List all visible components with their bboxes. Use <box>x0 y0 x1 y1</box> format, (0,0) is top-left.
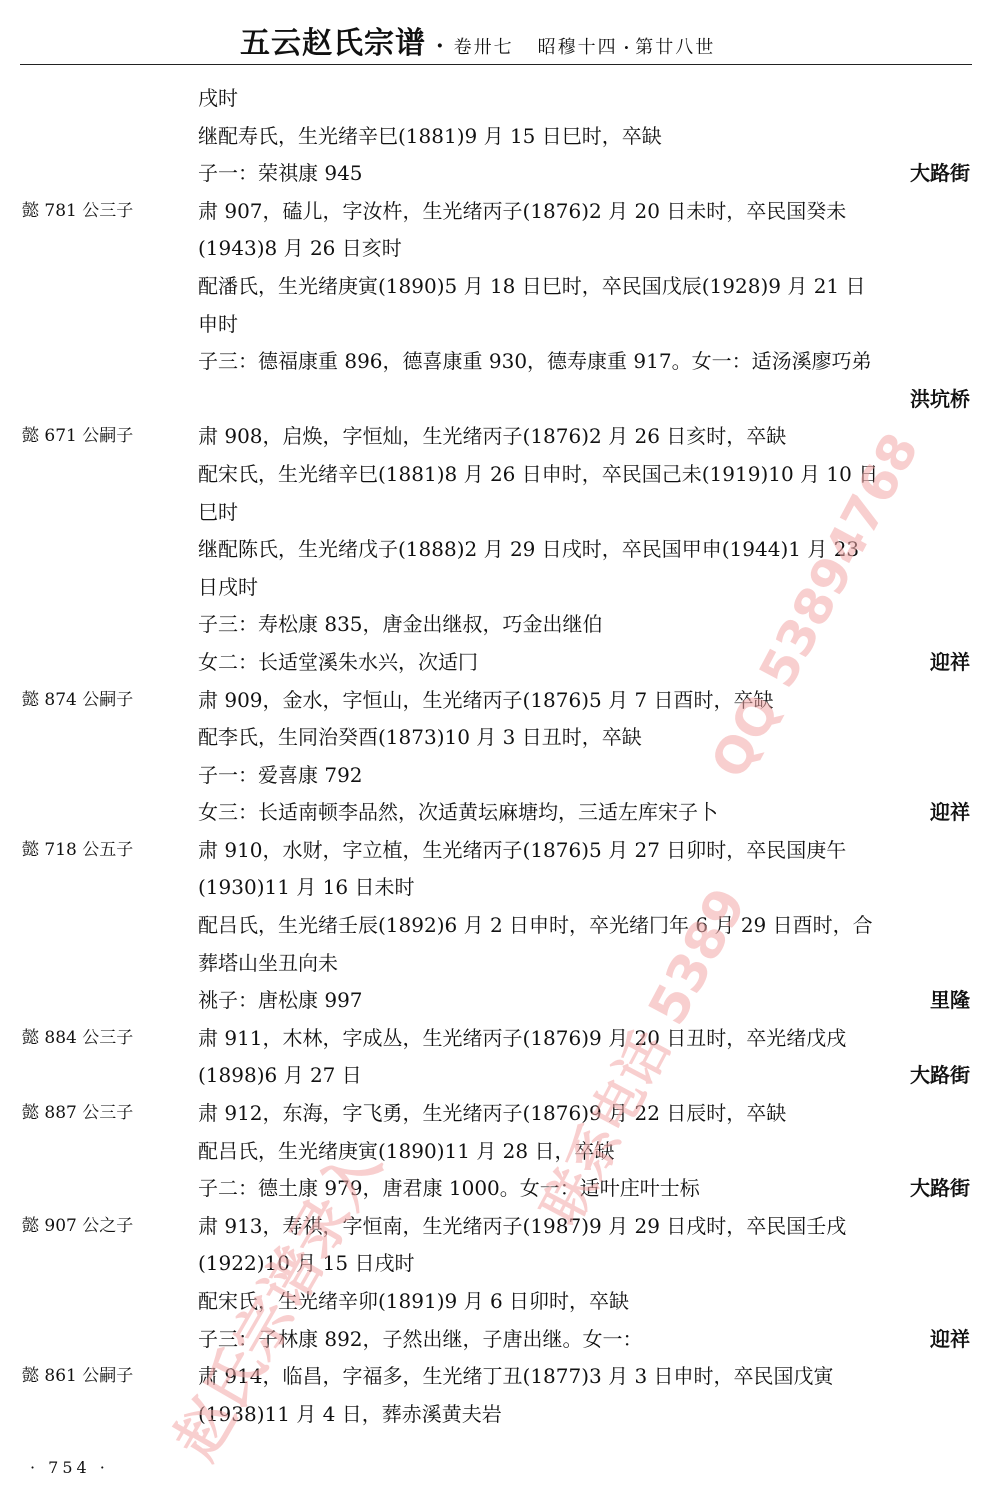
entry-line: 配吕氏，生光绪庚寅(1890)11 月 28 日，卒缺 <box>0 1133 992 1171</box>
entry-text: 子一：荣祺康 945 <box>198 155 363 193</box>
residence-place: 洪坑桥 <box>910 381 970 419</box>
entry-text: 继配陈氏，生光绪戊子(1888)2 月 29 日戌时，卒民国甲申(1944)1 … <box>198 531 859 569</box>
entry-text: 配吕氏，生光绪庚寅(1890)11 月 28 日，卒缺 <box>198 1133 614 1171</box>
entry-line: 懿 884 公三子肃 911，木林，字成丛，生光绪丙子(1876)9 月 20 … <box>0 1020 992 1058</box>
lineage-reference: 懿 884 公三子 <box>22 1020 133 1058</box>
entry-line: 懿 874 公嗣子肃 909，金水，字恒山，生光绪丙子(1876)5 月 7 日… <box>0 682 992 720</box>
entry-line: 配吕氏，生光绪壬辰(1892)6 月 2 日申时，卒光绪冂年 6 月 29 日酉… <box>0 907 992 945</box>
residence-place: 迎祥 <box>930 644 970 682</box>
entry-text: 肃 909，金水，字恒山，生光绪丙子(1876)5 月 7 日酉时，卒缺 <box>198 682 774 720</box>
entry-line: (1898)6 月 27 日大路街 <box>0 1057 992 1095</box>
residence-place: 大路街 <box>910 1057 970 1095</box>
residence-place: 迎祥 <box>930 794 970 832</box>
entry-line: 懿 907 公之子肃 913，寿祺，字恒南，生光绪丙子(1987)9 月 29 … <box>0 1208 992 1246</box>
lineage-reference: 懿 874 公嗣子 <box>22 682 133 720</box>
title-separator: · <box>436 33 444 59</box>
entry-line: 懿 781 公三子肃 907，磕儿，字汝杵，生光绪丙子(1876)2 月 20 … <box>0 193 992 231</box>
volume-label: 卷卅七 <box>454 33 514 59</box>
entry-text: 子三：德福康重 896，德喜康重 930，德寿康重 917。女一：适汤溪廖巧弟 <box>198 343 872 381</box>
entry-text: 日戌时 <box>198 569 258 607</box>
entry-line: 女二：长适堂溪朱水兴，次适冂迎祥 <box>0 644 992 682</box>
entry-line: 日戌时 <box>0 569 992 607</box>
entry-text: 子一：爱喜康 792 <box>198 757 363 795</box>
entry-text: 肃 912，东海，字飞勇，生光绪丙子(1876)9 月 22 日辰时，卒缺 <box>198 1095 786 1133</box>
entry-line: 配宋氏，生光绪辛巳(1881)8 月 26 日申时，卒民国己未(1919)10 … <box>0 456 992 494</box>
entry-text: (1943)8 月 26 日亥时 <box>198 230 402 268</box>
entry-line: (1943)8 月 26 日亥时 <box>0 230 992 268</box>
entry-line: 懿 861 公嗣子肃 914，临昌，字福多，生光绪丁丑(1877)3 月 3 日… <box>0 1358 992 1396</box>
entry-text: 肃 910，水财，字立植，生光绪丙子(1876)5 月 27 日卯时，卒民国庚午 <box>198 832 846 870</box>
lineage-reference: 懿 781 公三子 <box>22 193 133 231</box>
entry-line: 懿 671 公嗣子肃 908，启焕，字恒灿，生光绪丙子(1876)2 月 26 … <box>0 418 992 456</box>
entry-text: 戌时 <box>198 80 238 118</box>
entry-text: 子三：子林康 892，子然出继，子唐出继。女一： <box>198 1321 643 1359</box>
entry-line: 戌时 <box>0 80 992 118</box>
entry-line: 继配陈氏，生光绪戊子(1888)2 月 29 日戌时，卒民国甲申(1944)1 … <box>0 531 992 569</box>
entry-line: 洪坑桥 <box>0 381 992 419</box>
entry-text: 申时 <box>198 306 238 344</box>
entry-text: 葬塔山坐丑向未 <box>198 945 338 983</box>
entry-line: 巳时 <box>0 494 992 532</box>
entry-text: 配吕氏，生光绪壬辰(1892)6 月 2 日申时，卒光绪冂年 6 月 29 日酉… <box>198 907 873 945</box>
lineage-reference: 懿 887 公三子 <box>22 1095 133 1133</box>
entry-text: 配李氏，生同治癸酉(1873)10 月 3 日丑时，卒缺 <box>198 719 642 757</box>
entry-text: (1898)6 月 27 日 <box>198 1057 362 1095</box>
residence-place: 里隆 <box>930 982 970 1020</box>
residence-place: 迎祥 <box>930 1321 970 1359</box>
entry-text: 配宋氏，生光绪辛巳(1881)8 月 26 日申时，卒民国己未(1919)10 … <box>198 456 878 494</box>
genealogy-entries: 戌时继配寿氏，生光绪辛巳(1881)9 月 15 日巳时，卒缺子一：荣祺康 94… <box>0 80 992 1433</box>
entry-text: 配宋氏，生光绪辛卯(1891)9 月 6 日卯时，卒缺 <box>198 1283 629 1321</box>
entry-text: 女三：长适南顿李品然，次适黄坛麻塘均，三适左库宋子卜 <box>198 794 718 832</box>
entry-text: 女二：长适堂溪朱水兴，次适冂 <box>198 644 478 682</box>
entry-line: 申时 <box>0 306 992 344</box>
header-rule <box>20 64 972 65</box>
entry-line: 祧子：唐松康 997里隆 <box>0 982 992 1020</box>
entry-text: 肃 911，木林，字成丛，生光绪丙子(1876)9 月 20 日丑时，卒光绪戊戌 <box>198 1020 846 1058</box>
entry-line: 葬塔山坐丑向未 <box>0 945 992 983</box>
entry-text: 祧子：唐松康 997 <box>198 982 363 1020</box>
entry-line: 女三：长适南顿李品然，次适黄坛麻塘均，三适左库宋子卜迎祥 <box>0 794 992 832</box>
entry-text: (1922)10 月 15 日戌时 <box>198 1245 414 1283</box>
entry-text: (1938)11 月 4 日，葬赤溪黄夫岩 <box>198 1396 502 1434</box>
entry-text: (1930)11 月 16 日未时 <box>198 869 414 907</box>
entry-text: 肃 914，临昌，字福多，生光绪丁丑(1877)3 月 3 日申时，卒民国戊寅 <box>198 1358 834 1396</box>
entry-line: 继配寿氏，生光绪辛巳(1881)9 月 15 日巳时，卒缺 <box>0 118 992 156</box>
page-header: 五云赵氏宗谱 · 卷卅七 昭穆十四 · 第廿八世 <box>0 0 992 64</box>
entry-text: 肃 908，启焕，字恒灿，生光绪丙子(1876)2 月 26 日亥时，卒缺 <box>198 418 786 456</box>
residence-place: 大路街 <box>910 155 970 193</box>
entry-text: 巳时 <box>198 494 238 532</box>
entry-line: 配李氏，生同治癸酉(1873)10 月 3 日丑时，卒缺 <box>0 719 992 757</box>
entry-line: 子三：子林康 892，子然出继，子唐出继。女一：迎祥 <box>0 1321 992 1359</box>
entry-line: 配宋氏，生光绪辛卯(1891)9 月 6 日卯时，卒缺 <box>0 1283 992 1321</box>
entry-text: 肃 907，磕儿，字汝杵，生光绪丙子(1876)2 月 20 日未时，卒民国癸未 <box>198 193 846 231</box>
entry-line: 子三：寿松康 835，唐金出继叔，巧金出继伯 <box>0 606 992 644</box>
entry-line: 配潘氏，生光绪庚寅(1890)5 月 18 日巳时，卒民国戊辰(1928)9 月… <box>0 268 992 306</box>
residence-place: 大路街 <box>910 1170 970 1208</box>
entry-line: (1930)11 月 16 日未时 <box>0 869 992 907</box>
entry-text: 子三：寿松康 835，唐金出继叔，巧金出继伯 <box>198 606 603 644</box>
entry-line: 子二：德土康 979，唐君康 1000。女一：适叶庄叶士标大路街 <box>0 1170 992 1208</box>
book-title: 五云赵氏宗谱 <box>240 18 426 62</box>
entry-text: 肃 913，寿祺，字恒南，生光绪丙子(1987)9 月 29 日戌时，卒民国壬戌 <box>198 1208 846 1246</box>
entry-text: 子二：德土康 979，唐君康 1000。女一：适叶庄叶士标 <box>198 1170 700 1208</box>
entry-line: (1938)11 月 4 日，葬赤溪黄夫岩 <box>0 1396 992 1434</box>
entry-line: 懿 887 公三子肃 912，东海，字飞勇，生光绪丙子(1876)9 月 22 … <box>0 1095 992 1133</box>
lineage-reference: 懿 861 公嗣子 <box>22 1358 133 1396</box>
generation-label: 昭穆十四 <box>538 33 618 59</box>
entry-text: 配潘氏，生光绪庚寅(1890)5 月 18 日巳时，卒民国戊辰(1928)9 月… <box>198 268 866 306</box>
entry-line: 子一：爱喜康 792 <box>0 757 992 795</box>
entry-line: (1922)10 月 15 日戌时 <box>0 1245 992 1283</box>
page-number: · 754 · <box>30 1458 109 1477</box>
generation-number: 第廿八世 <box>635 33 715 59</box>
entry-line: 子一：荣祺康 945大路街 <box>0 155 992 193</box>
lineage-reference: 懿 907 公之子 <box>22 1208 133 1246</box>
lineage-reference: 懿 718 公五子 <box>22 832 133 870</box>
lineage-reference: 懿 671 公嗣子 <box>22 418 133 456</box>
entry-text: 继配寿氏，生光绪辛巳(1881)9 月 15 日巳时，卒缺 <box>198 118 662 156</box>
generation-separator: · <box>624 38 630 57</box>
entry-line: 子三：德福康重 896，德喜康重 930，德寿康重 917。女一：适汤溪廖巧弟 <box>0 343 992 381</box>
entry-line: 懿 718 公五子肃 910，水财，字立植，生光绪丙子(1876)5 月 27 … <box>0 832 992 870</box>
